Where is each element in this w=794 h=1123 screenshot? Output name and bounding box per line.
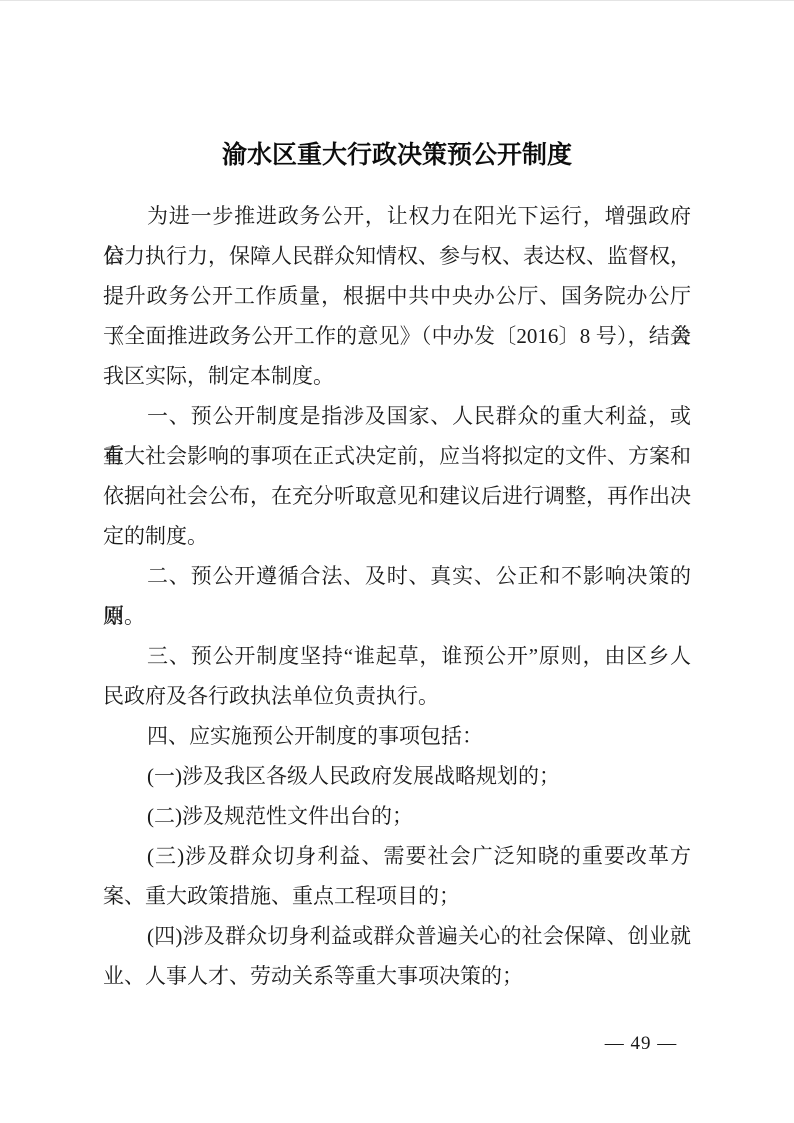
- document-title: 渝水区重大行政决策预公开制度: [0, 139, 794, 171]
- body-line: 业、人事人才、劳动关系等重大事项决策的；: [103, 956, 691, 996]
- page-top-edge: [0, 0, 794, 1]
- body-line: 依据向社会公布，在充分听取意见和建议后进行调整，再作出决: [103, 476, 691, 516]
- body-line: (一)涉及我区各级人民政府发展战略规划的；: [103, 756, 691, 796]
- document-body: 为进一步推进政务公开，让权力在阳光下运行，增强政府公 信力执行力，保障人民群众知…: [103, 196, 691, 996]
- body-line: 信力执行力，保障人民群众知情权、参与权、表达权、监督权，: [103, 236, 691, 276]
- body-line: 重大社会影响的事项在正式决定前，应当将拟定的文件、方案和: [103, 436, 691, 476]
- body-line: 三、预公开制度坚持“谁起草，谁预公开”原则，由区乡人: [103, 636, 691, 676]
- body-line: (四)涉及群众切身利益或群众普遍关心的社会保障、创业就: [103, 916, 691, 956]
- body-line: (三)涉及群众切身利益、需要社会广泛知晓的重要改革方: [103, 836, 691, 876]
- body-line: 四、应实施预公开制度的事项包括：: [103, 716, 691, 756]
- body-line: 二、预公开遵循合法、及时、真实、公正和不影响决策的原: [103, 556, 691, 596]
- page-number: — 49 —: [596, 1030, 686, 1058]
- body-line: 于全面推进政务公开工作的意见》（中办发〔2016〕8 号），结合: [103, 316, 691, 356]
- body-line: 案、重大政策措施、重点工程项目的；: [103, 876, 691, 916]
- body-line: 我区实际，制定本制度。: [103, 356, 691, 396]
- body-line: (二)涉及规范性文件出台的；: [103, 796, 691, 836]
- document-page: 渝水区重大行政决策预公开制度 为进一步推进政务公开，让权力在阳光下运行，增强政府…: [0, 0, 794, 1123]
- body-line: 则。: [103, 596, 691, 636]
- body-line: 定的制度。: [103, 516, 691, 556]
- body-line: 民政府及各行政执法单位负责执行。: [103, 676, 691, 716]
- body-line: 为进一步推进政务公开，让权力在阳光下运行，增强政府公: [103, 196, 691, 236]
- body-line: 提升政务公开工作质量，根据中共中央办公厅、国务院办公厅《关: [103, 276, 691, 316]
- body-line: 一、预公开制度是指涉及国家、人民群众的重大利益，或有: [103, 396, 691, 436]
